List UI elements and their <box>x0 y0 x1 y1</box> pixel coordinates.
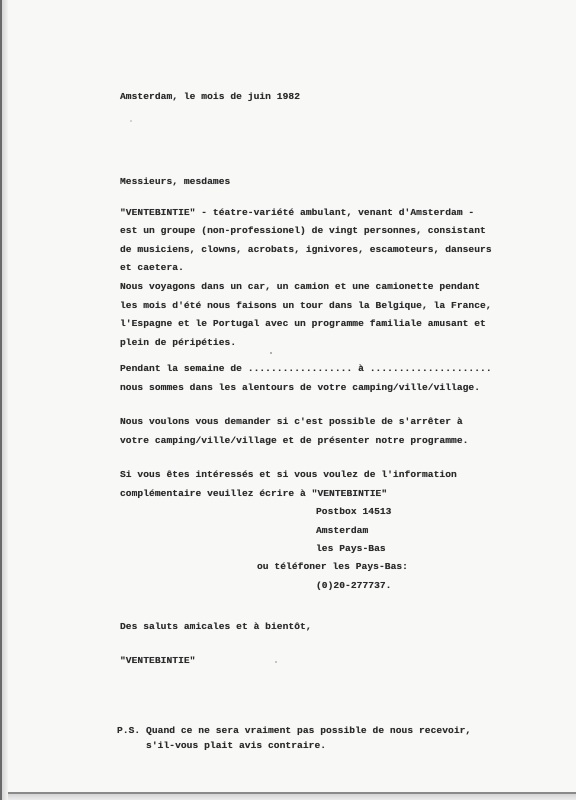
paragraph-1-line: "VENTEBINTIE" - téatre-variété ambulant,… <box>120 207 474 219</box>
paragraph-1-line: de musiciens, clowns, acrobats, ignivore… <box>120 244 492 256</box>
address-country: les Pays-Bas <box>316 543 386 555</box>
paragraph-4-line: complémentaire veuillez écrire à "VENTEB… <box>120 488 387 500</box>
paragraph-4-line: Si vous êtes intéressés et si vous voule… <box>120 469 457 481</box>
paragraph-2-line: Pendant la semaine de ..................… <box>120 363 492 375</box>
paragraph-3-line: votre camping/ville/village et de présen… <box>120 435 468 447</box>
paragraph-1-line: est un groupe (non-professionel) de ving… <box>120 225 486 237</box>
closing: Des saluts amicales et à bientôt, <box>120 621 312 633</box>
page-edge-gradient-left <box>2 0 8 800</box>
paragraph-3-line: Nous voulons vous demander si c'est poss… <box>120 416 463 428</box>
paper-speck <box>130 120 132 122</box>
postscript-line: s'il-vous plait avis contraire. <box>117 740 326 752</box>
paragraph-2-line: nous sommes dans les alentours de votre … <box>120 382 480 394</box>
paragraph-1-line: Nous voyagons dans un car, un camion et … <box>120 281 480 293</box>
signature: "VENTEBINTIE" <box>120 655 196 667</box>
address-postbox: Postbox 14513 <box>316 506 392 518</box>
letter-page: Amsterdam, le mois de juin 1982 Messieur… <box>0 0 576 800</box>
phone-number: (0)20-277737. <box>316 580 392 592</box>
paragraph-1-line: et caetera. <box>120 262 184 274</box>
phone-intro: ou téléfoner les Pays-Bas: <box>257 561 408 573</box>
paper-speck <box>275 661 277 663</box>
paragraph-1-line: l'Espagne et le Portugal avec un program… <box>120 318 486 330</box>
salutation: Messieurs, mesdames <box>120 176 230 188</box>
postscript-line: P.S. Quand ce ne sera vraiment pas possi… <box>117 725 471 737</box>
dateline: Amsterdam, le mois de juin 1982 <box>120 91 300 103</box>
paragraph-1-line: les mois d'été nous faisons un tour dans… <box>120 300 492 312</box>
paragraph-1-line: plein de péripéties. <box>120 337 236 349</box>
paper-speck <box>270 352 272 354</box>
page-edge-gradient-bottom <box>8 794 576 800</box>
address-city: Amsterdam <box>316 525 368 537</box>
